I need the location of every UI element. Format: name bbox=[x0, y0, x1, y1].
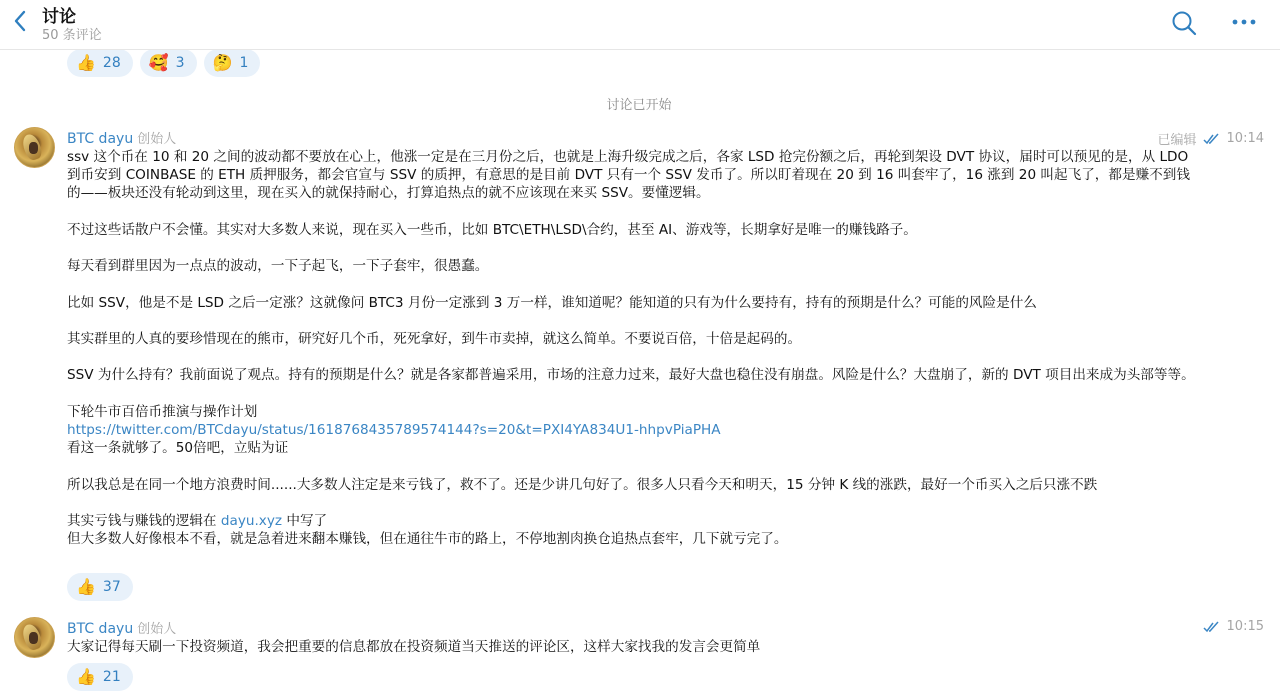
paragraph: 大家记得每天刷一下投资频道，我会把重要的信息都放在投资频道当天推送的评论区，这样… bbox=[67, 638, 1202, 656]
search-button[interactable] bbox=[1170, 9, 1198, 37]
avatar-face bbox=[29, 632, 38, 644]
author-role: 创始人 bbox=[137, 622, 176, 637]
paragraph: 不过这些话散户不会懂。其实对大多数人来说，现在买入一些币，比如 BTC\ETH\… bbox=[67, 221, 1202, 239]
text: 中写了 bbox=[282, 513, 327, 529]
paragraph: 比如 SSV，他是不是 LSD 之后一定涨？这就像问 BTC3 月份一定涨到 3… bbox=[67, 294, 1202, 312]
timestamp: 10:15 bbox=[1227, 619, 1264, 634]
search-icon bbox=[1170, 9, 1198, 37]
paragraph: 其实群里的人真的要珍惜现在的熊市，研究好几个币，死死拿好，到牛市卖掉，就这么简单… bbox=[67, 330, 1202, 348]
author-role: 创始人 bbox=[137, 132, 176, 147]
paragraph: 其实亏钱与赚钱的逻辑在 dayu.xyz 中写了 bbox=[67, 512, 1202, 530]
twitter-link[interactable]: https://twitter.com/BTCdayu/status/16187… bbox=[67, 422, 721, 438]
discussion-started-label: 讨论已开始 bbox=[0, 94, 1278, 113]
author-name: BTC dayu bbox=[67, 131, 133, 147]
post-reactions: 👍 28 🥰 3 🤔 1 bbox=[67, 49, 260, 77]
more-button[interactable] bbox=[1231, 12, 1257, 32]
paragraph: SSV 为什么持有？我前面说了观点。持有的预期是什么？就是各家都普遍采用，市场的… bbox=[67, 366, 1202, 384]
comment-body: 大家记得每天刷一下投资频道，我会把重要的信息都放在投资频道当天推送的评论区，这样… bbox=[67, 638, 1202, 656]
avatar[interactable] bbox=[14, 617, 55, 658]
avatar[interactable] bbox=[14, 127, 55, 168]
comment-meta: 10:15 bbox=[1201, 619, 1264, 634]
reaction-count: 21 bbox=[103, 669, 121, 685]
paragraph: 但大多数人好像根本不看，就是急着进来翻本赚钱，但在通往牛市的路上，不停地割肉换仓… bbox=[67, 530, 1202, 548]
plan-title: 下轮牛市百倍币推演与操作计划 bbox=[67, 403, 1202, 421]
comment-body: ssv 这个币在 10 和 20 之间的波动都不要放在心上，他涨一定是在三月份之… bbox=[67, 148, 1202, 548]
comment-author[interactable]: BTC dayu创始人 bbox=[67, 128, 176, 147]
comment-author[interactable]: BTC dayu创始人 bbox=[67, 618, 176, 637]
author-name: BTC dayu bbox=[67, 621, 133, 637]
reaction-thumbs-up[interactable]: 👍 37 bbox=[67, 573, 133, 601]
dayu-link[interactable]: dayu.xyz bbox=[221, 513, 282, 529]
comment-count: 50 条评论 bbox=[42, 24, 102, 43]
paragraph: 每天看到群里因为一点点的波动，一下子起飞，一下子套牢，很愚蠢。 bbox=[67, 257, 1202, 275]
top-bar: 讨论 50 条评论 bbox=[0, 0, 1280, 50]
thumbs-up-icon: 👍 bbox=[76, 55, 96, 71]
avatar-face bbox=[29, 142, 38, 154]
paragraph: 看这一条就够了。50倍吧，立贴为证 bbox=[67, 439, 1202, 457]
paragraph: ssv 这个币在 10 和 20 之间的波动都不要放在心上，他涨一定是在三月份之… bbox=[67, 148, 1202, 203]
edited-label: 已编辑 bbox=[1158, 129, 1197, 148]
more-horizontal-icon bbox=[1231, 12, 1257, 32]
reaction-thumbs-up[interactable]: 👍 28 bbox=[67, 49, 133, 77]
paragraph: 所以我总是在同一个地方浪费时间......大多数人注定是来亏钱了，救不了。还是少… bbox=[67, 476, 1202, 494]
comment-meta: 已编辑 10:14 bbox=[1158, 129, 1264, 148]
chevron-left-icon bbox=[10, 8, 32, 34]
reaction-count: 1 bbox=[240, 55, 249, 71]
thumbs-up-icon: 👍 bbox=[76, 579, 96, 595]
smiling-face-hearts-icon: 🥰 bbox=[149, 55, 169, 71]
comment-reactions: 👍 21 bbox=[67, 663, 133, 691]
double-check-icon bbox=[1203, 133, 1221, 145]
back-button[interactable] bbox=[10, 8, 32, 34]
double-check-icon bbox=[1203, 621, 1221, 633]
thinking-face-icon: 🤔 bbox=[213, 55, 233, 71]
reaction-count: 3 bbox=[176, 55, 185, 71]
reaction-count: 28 bbox=[103, 55, 121, 71]
text: 其实亏钱与赚钱的逻辑在 bbox=[67, 513, 221, 529]
reaction-thumbs-up[interactable]: 👍 21 bbox=[67, 663, 133, 691]
thumbs-up-icon: 👍 bbox=[76, 669, 96, 685]
reaction-smiling-hearts[interactable]: 🥰 3 bbox=[140, 49, 197, 77]
reaction-count: 37 bbox=[103, 579, 121, 595]
comment-reactions: 👍 37 bbox=[67, 573, 133, 601]
reaction-thinking[interactable]: 🤔 1 bbox=[204, 49, 261, 77]
timestamp: 10:14 bbox=[1227, 131, 1264, 146]
